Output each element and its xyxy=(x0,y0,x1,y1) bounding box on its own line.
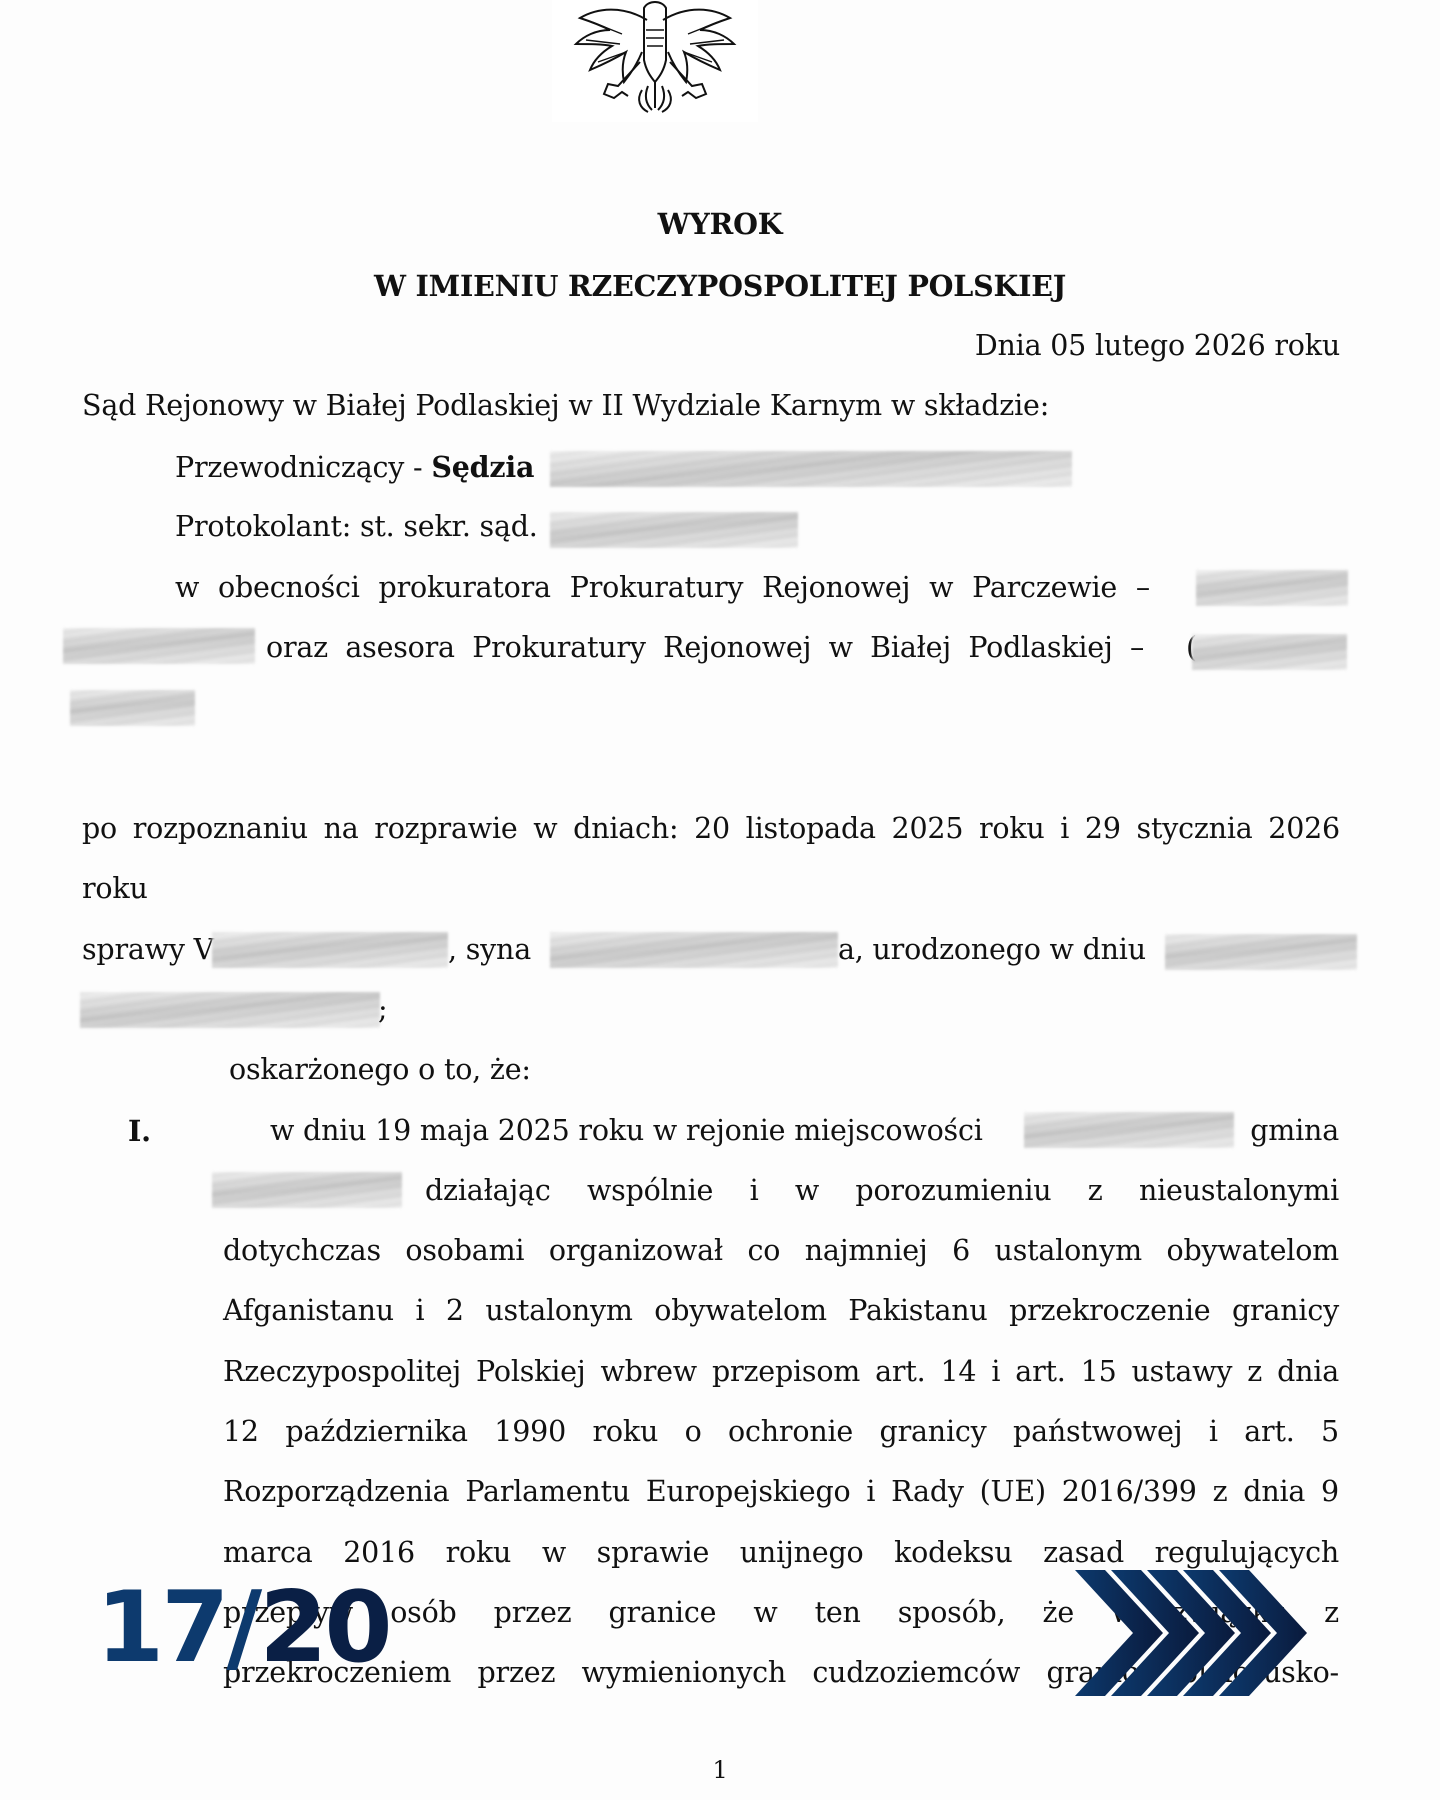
redacted-assessor-name-cont xyxy=(70,690,195,726)
page-counter: 17/20 xyxy=(96,1578,390,1678)
document-subtitle: W IMIENIU RZECZYPOSPOLITEJ POLSKIEJ xyxy=(0,266,1440,306)
case-prefix: sprawy V xyxy=(82,930,214,970)
next-page-button[interactable] xyxy=(1075,1570,1307,1696)
redacted-assessor-name xyxy=(1192,634,1347,670)
redacted-father-name xyxy=(550,932,838,968)
redacted-birth-place xyxy=(80,992,380,1028)
redacted-commune xyxy=(212,1172,402,1208)
charge-line: Rozporządzenia Parlamentu Europejskiego … xyxy=(223,1472,1339,1512)
charge-line: marca 2016 roku w sprawie unijnego kodek… xyxy=(223,1533,1339,1573)
charge-number: I. xyxy=(128,1111,151,1151)
emblem xyxy=(552,0,758,122)
presiding-label: Przewodniczący - xyxy=(175,451,431,484)
polish-eagle-icon xyxy=(552,0,758,122)
charge-line: 12 października 1990 roku o ochronie gra… xyxy=(223,1412,1339,1452)
page-number: 1 xyxy=(0,1750,1440,1790)
chevrons-right-icon xyxy=(1075,1570,1307,1696)
redacted-prosecutor-name-cont xyxy=(63,628,255,664)
presiding-role: Sędzia xyxy=(431,450,534,484)
hearing-line-end: roku xyxy=(82,869,148,909)
charge-line: gmina xyxy=(1250,1111,1339,1151)
redacted-judge-name xyxy=(550,451,1072,487)
charge-line: w dniu 19 maja 2025 roku w rejonie miejs… xyxy=(270,1111,983,1151)
hearing-line: po rozpoznaniu na rozprawie w dniach: 20… xyxy=(82,809,1340,849)
clerk-line: Protokolant: st. sekr. sąd. xyxy=(175,507,538,547)
redacted-accused-name xyxy=(212,932,448,968)
court-line: Sąd Rejonowy w Białej Podlaskiej w II Wy… xyxy=(82,386,1049,426)
redacted-prosecutor-name xyxy=(1196,570,1348,606)
case-end: ; xyxy=(378,990,387,1030)
date-line: Dnia 05 lutego 2026 roku xyxy=(975,326,1340,366)
redacted-locality xyxy=(1024,1112,1234,1148)
charge-line: Rzeczypospolitej Polskiej wbrew przepiso… xyxy=(223,1352,1339,1392)
accused-of-label: oskarżonego o to, że: xyxy=(229,1050,531,1090)
prosecutor-line: w obecności prokuratora Prokuratury Rejo… xyxy=(175,568,1150,608)
assessor-line: oraz asesora Prokuratury Rejonowej w Bia… xyxy=(266,628,1144,668)
charge-line: działając wspólnie i w porozumieniu z ni… xyxy=(425,1171,1339,1211)
document-title: WYROK xyxy=(0,204,1440,244)
birth-date-label: a, urodzonego w dniu xyxy=(838,930,1146,970)
charge-line: Afganistanu i 2 ustalonym obywatelom Pak… xyxy=(223,1291,1339,1331)
charge-line: dotychczas osobami organizował co najmni… xyxy=(223,1231,1339,1271)
redacted-birth-date xyxy=(1165,934,1357,970)
presiding-judge-line: Przewodniczący - Sędzia xyxy=(175,447,534,488)
son-of-label: , syna xyxy=(448,930,531,970)
redacted-clerk-name xyxy=(550,512,798,548)
